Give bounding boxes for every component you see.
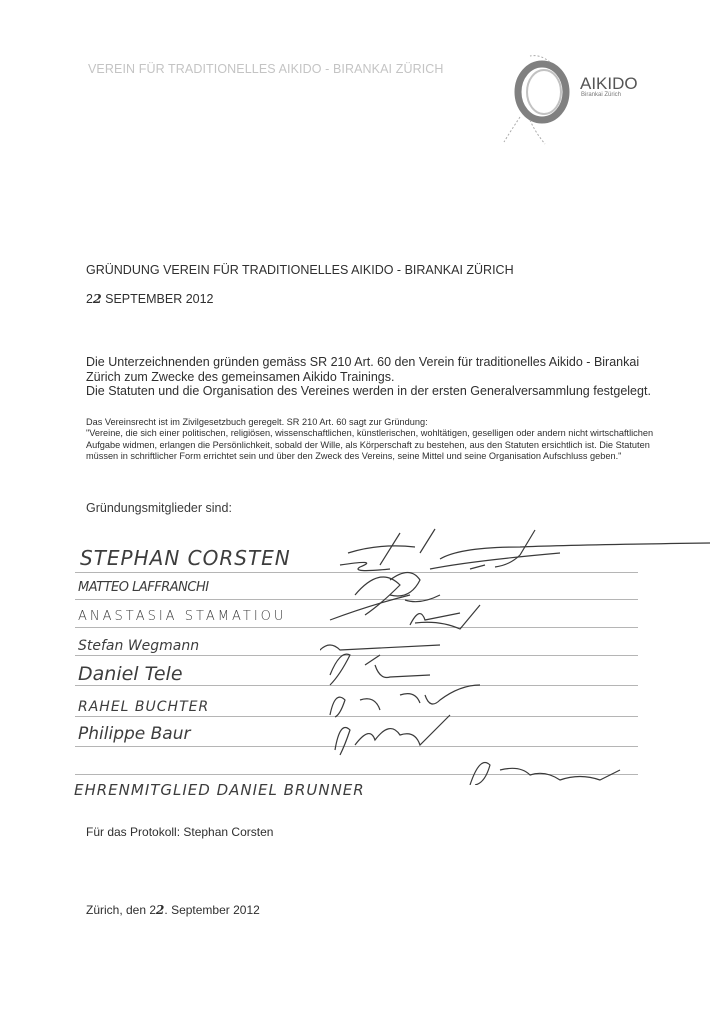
founding-paragraph: Die Unterzeichnenden gründen gemäss SR 2… [86, 355, 666, 399]
date-prefix: 2 [86, 292, 93, 306]
member-name: ANASTASIA STAMATIOU [78, 609, 286, 624]
place-date-rest: . September 2012 [164, 903, 259, 917]
legal-intro: Das Vereinsrecht ist im Zivilgesetzbuch … [86, 417, 666, 428]
document-title: GRÜNDUNG VEREIN FÜR TRADITIONELLES AIKID… [86, 263, 514, 277]
document-date: 22 SEPTEMBER 2012 [86, 291, 214, 306]
place-date-prefix: Zürich, den 2 [86, 903, 156, 917]
enso-circle-logo-icon [500, 52, 630, 147]
letterhead: VEREIN FÜR TRADITIONELLES AIKIDO - BIRAN… [88, 62, 444, 76]
legal-quote: "Vereine, die sich einer politischen, re… [86, 428, 666, 462]
date-rest: SEPTEMBER 2012 [102, 292, 214, 306]
paragraph-line-1: Die Unterzeichnenden gründen gemäss SR 2… [86, 355, 666, 384]
date-handwritten-digit: 2 [93, 291, 102, 306]
signatures-icon [320, 525, 710, 785]
member-name: STEPHAN CORSTEN [80, 546, 291, 570]
member-name: MATTEO LAFFRANCHI [78, 580, 209, 595]
protocol-note: Für das Protokoll: Stephan Corsten [86, 825, 273, 839]
member-name: Daniel Tele [78, 663, 183, 685]
member-name: Stefan Wegmann [78, 638, 199, 654]
legal-note: Das Vereinsrecht ist im Zivilgesetzbuch … [86, 417, 666, 462]
members-label: Gründungsmitglieder sind: [86, 501, 232, 515]
member-name: RAHEL BUCHTER [78, 699, 209, 715]
member-name: Philippe Baur [78, 724, 190, 744]
logo-subtitle: Birankai Zürich [581, 92, 621, 98]
logo-title: AIKIDO [580, 74, 638, 94]
paragraph-line-2: Die Statuten und die Organisation des Ve… [86, 384, 666, 399]
place-date: Zürich, den 22. September 2012 [86, 903, 260, 917]
